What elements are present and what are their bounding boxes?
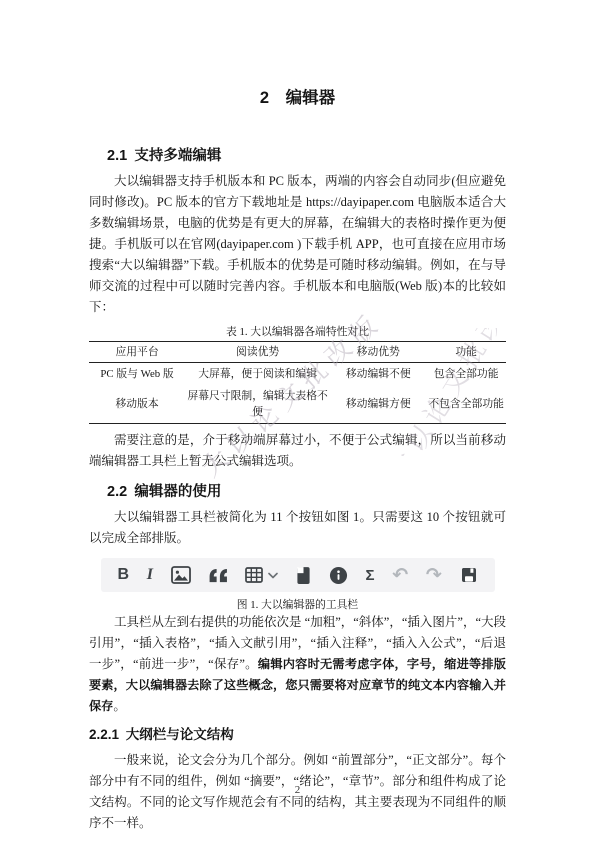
figure-toolbar-screenshot: B I: [89, 558, 506, 612]
italic-icon: I: [147, 567, 153, 583]
insert-table-icon: [245, 567, 263, 583]
table-cell: 大屏幕，便于阅读和编辑: [185, 363, 330, 386]
table-cell: 移动版本: [89, 385, 185, 424]
table-caption: 表 1. 大以编辑器各端特性对比: [89, 325, 506, 339]
chevron-down-icon: [268, 572, 278, 579]
paragraph-mobile-note: 需要注意的是，介于移动端屏幕过小，不便于公式编辑，所以当前移动端编辑器工具栏上暂…: [89, 430, 506, 472]
table-cell: 移动编辑方便: [330, 385, 426, 424]
insert-table-button-group: [245, 567, 278, 583]
toolbar-image: B I: [101, 558, 495, 592]
insert-formula-icon: Σ: [365, 568, 374, 583]
insert-citation-icon: [296, 566, 311, 585]
undo-icon: ↶: [392, 566, 408, 585]
table-header-features: 功能: [426, 342, 506, 363]
paragraph-toolbar-functions: 工具栏从左到右提供的功能依次是 “加粗”，“斜体”，“插入图片”，“大段引用”，…: [89, 612, 506, 717]
table-header-row: 应用平台 阅读优势 移动优势 功能: [89, 342, 506, 363]
table-header-reading: 阅读优势: [185, 342, 330, 363]
table-cell: 移动编辑不便: [330, 363, 426, 386]
figure-caption: 图 1. 大以编辑器的工具栏: [89, 598, 506, 612]
save-icon: [460, 566, 478, 584]
section-heading-2-2-1: 2.2.1 大纲栏与论文结构: [89, 725, 506, 745]
section-heading-2-2: 2.2 编辑器的使用: [107, 482, 506, 503]
insert-image-icon: [171, 566, 191, 584]
table-cell: PC 版与 Web 版: [89, 363, 185, 386]
bold-icon: B: [118, 567, 130, 583]
insert-note-info-icon: [329, 566, 348, 585]
chapter-title: 2 编辑器: [89, 88, 506, 108]
table-cell: 不包含全部功能: [426, 385, 506, 424]
paragraph-toolbar-intro: 大以编辑器工具栏被简化为 11 个按钮如图 1。只需要这 10 个按钮就可以完成…: [89, 507, 506, 549]
page-number: 2: [0, 784, 595, 796]
table-header-platform: 应用平台: [89, 342, 185, 363]
redo-icon: ↷: [426, 566, 442, 585]
blockquote-icon: [209, 568, 228, 583]
table-cell: 包含全部功能: [426, 363, 506, 386]
table-row: 移动版本 屏幕尺寸限制，编辑大表格不便 移动编辑方便 不包含全部功能: [89, 385, 506, 424]
section-heading-2-1: 2.1 支持多端编辑: [107, 146, 506, 167]
table-header-mobility: 移动优势: [330, 342, 426, 363]
table-row: PC 版与 Web 版 大屏幕，便于阅读和编辑 移动编辑不便 包含全部功能: [89, 363, 506, 386]
table-cell: 屏幕尺寸限制，编辑大表格不便: [185, 385, 330, 424]
comparison-table: 应用平台 阅读优势 移动优势 功能 PC 版与 Web 版 大屏幕，便于阅读和编…: [89, 341, 506, 424]
paragraph-multi-device: 大以编辑器支持手机版本和 PC 版本，两端的内容会自动同步(但应避免同时修改)。…: [89, 171, 506, 318]
document-page: 大以论文批改版 大以论文批改版 2 编辑器 2.1 支持多端编辑 大以编辑器支持…: [0, 0, 595, 842]
functions-end-text: 。: [113, 699, 126, 713]
